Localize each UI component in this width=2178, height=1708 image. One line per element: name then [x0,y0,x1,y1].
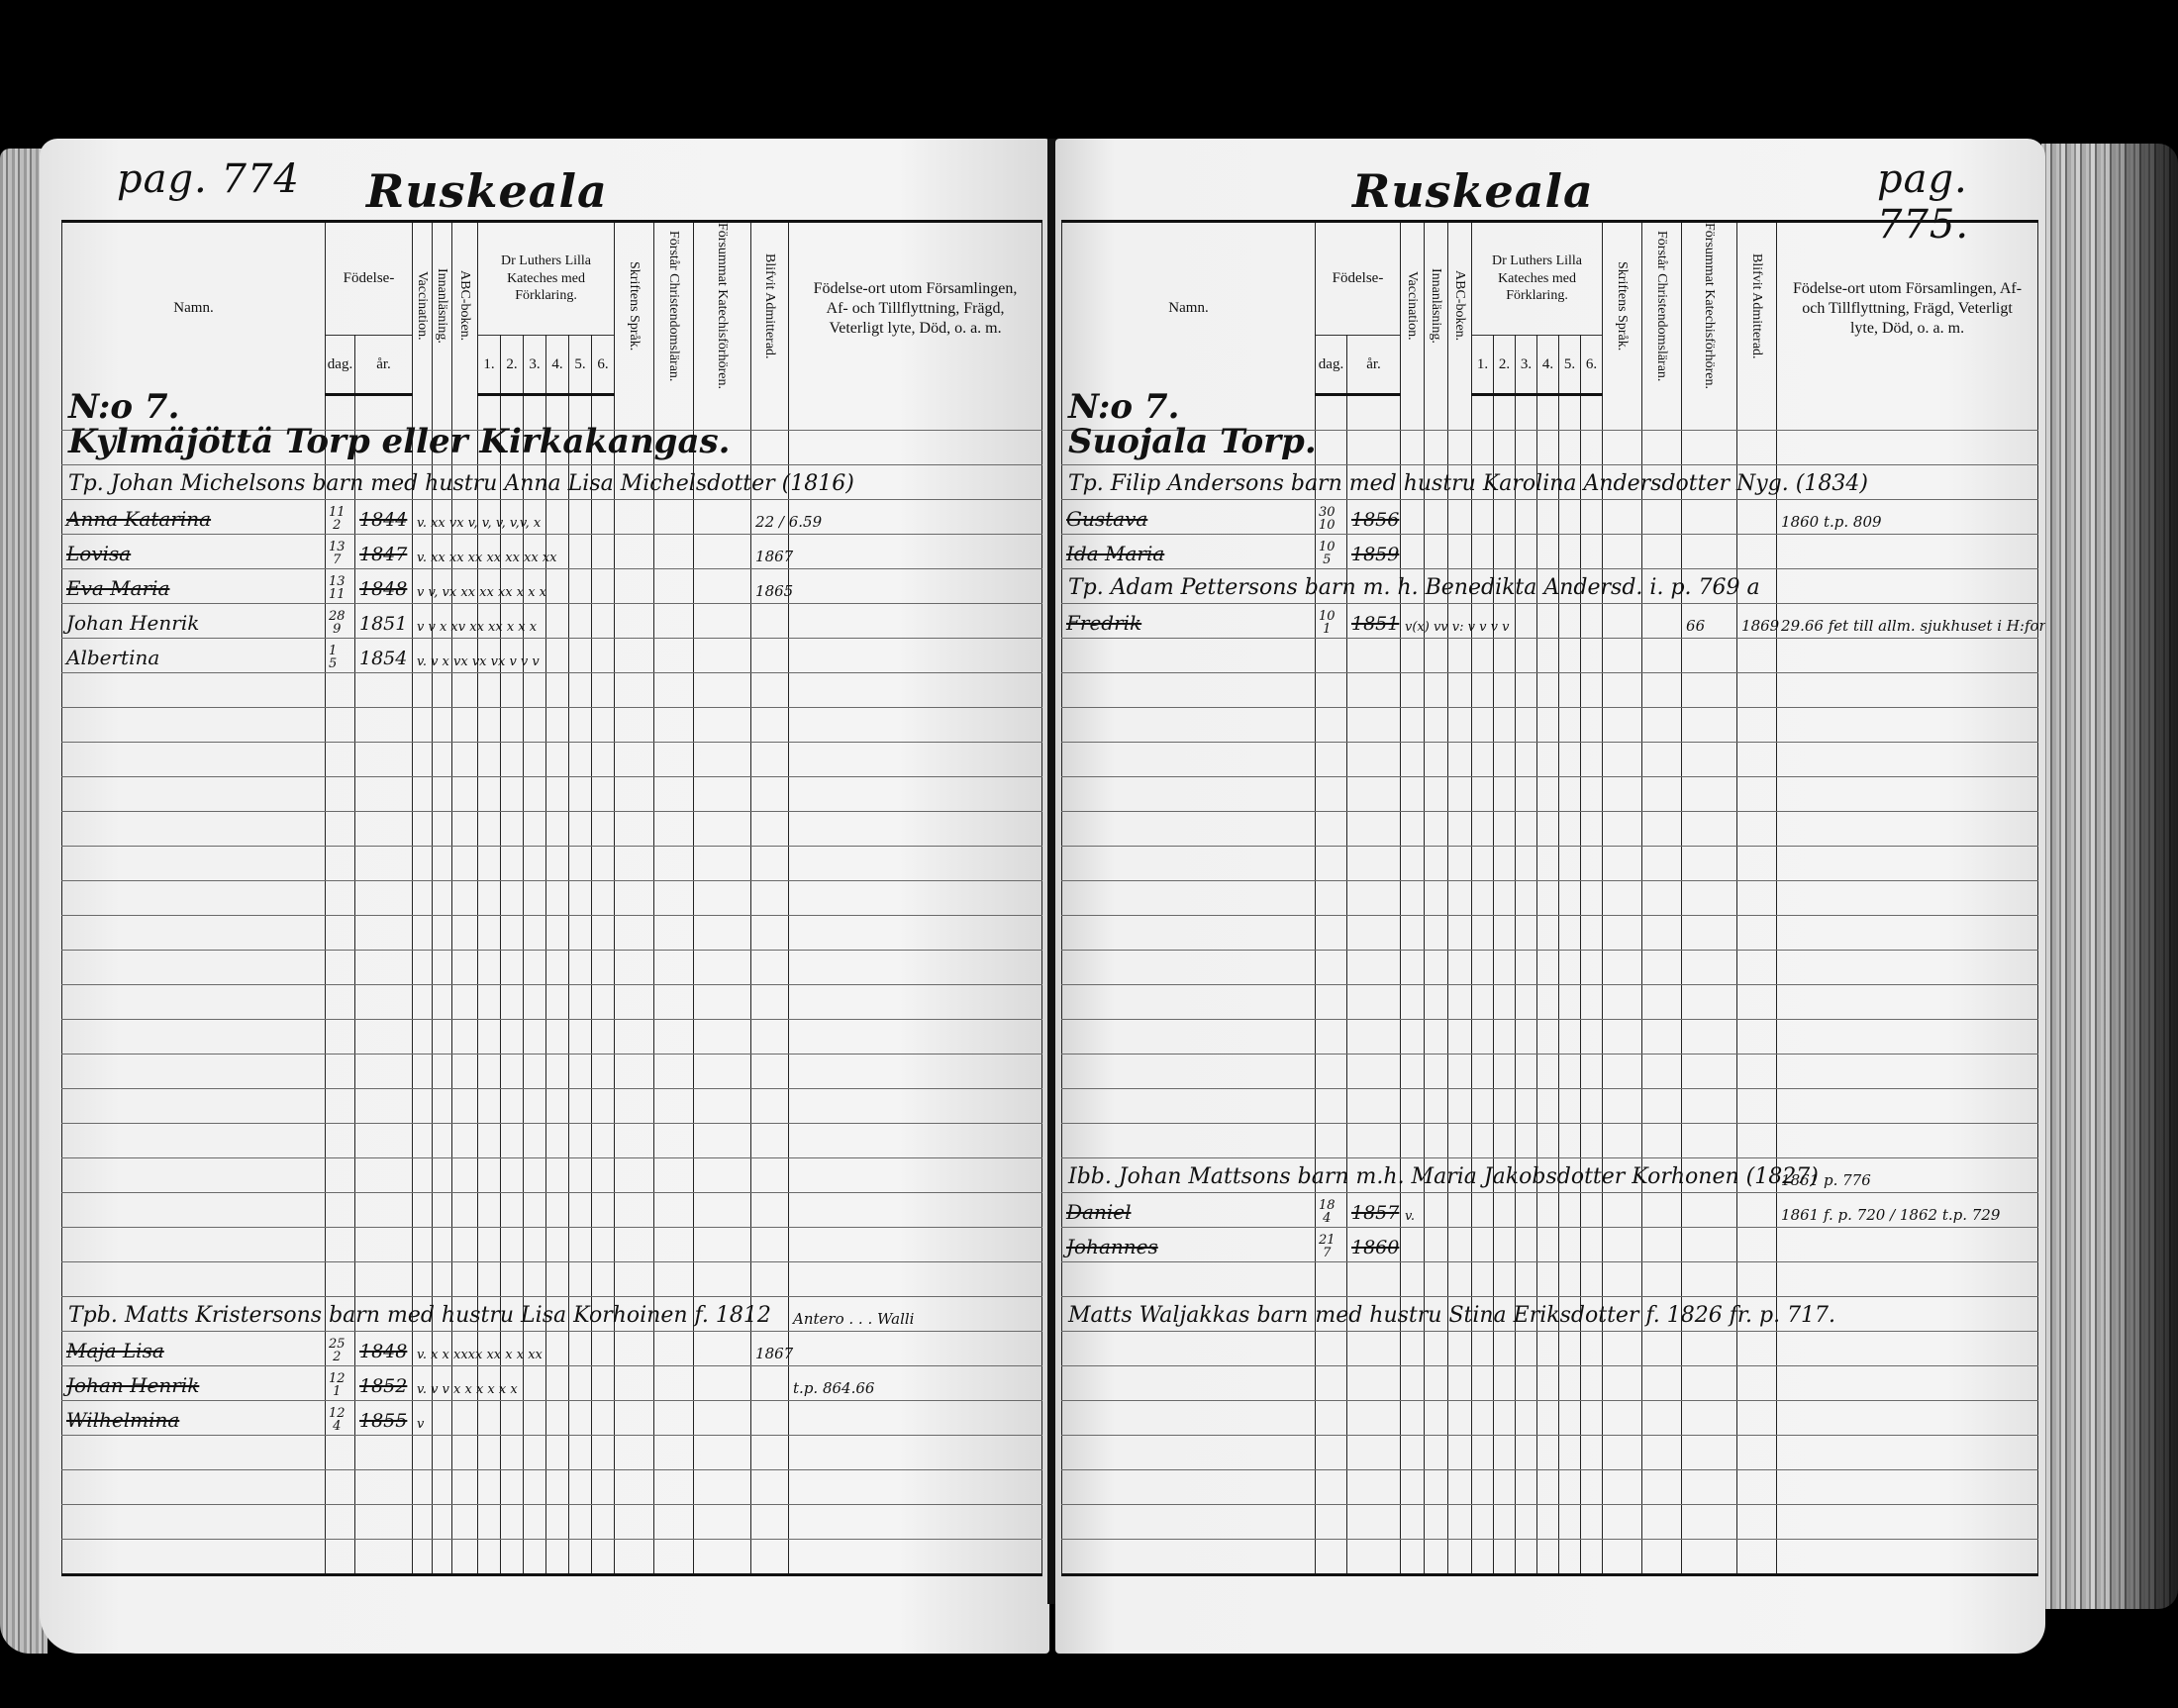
birth-day: 101 [1319,610,1336,636]
register-row [62,1262,1042,1297]
register-row: Johan Henrik1211852v. v v x x x x x xt.p… [62,1366,1042,1401]
parish-title: Ruskeala [366,164,608,218]
header-birth: Födelse- [1316,222,1401,336]
header-forsummat: Försummat Katechisförhören. [694,222,751,395]
register-row [1062,951,2038,985]
header-birth: Födelse- [326,222,413,336]
header-forstar: Förstår Christendomsläran. [1642,222,1682,395]
examination-marks: v v x xv xx xx x x x [417,620,537,635]
birth-day: 112 [329,506,346,532]
birth-day: 137 [329,541,346,566]
register-row: Albertina151854v. v x vx vx vx v v v [62,639,1042,673]
register-row [1062,1401,2038,1436]
register-row: Kylmäjöttä Torp eller Kirkakangas. [62,431,1042,465]
register-row [62,1193,1042,1228]
register-row [1062,777,2038,812]
register-row [1062,673,2038,708]
remark: Antero . . . Walli [793,1310,914,1328]
header-birth-day: dag. [1316,335,1347,395]
header-forstar: Förstår Christendomsläran. [654,222,694,395]
header-vaccination: Vaccination. [413,222,433,395]
examination-marks: v [417,1417,424,1432]
household-heading: N:o 7. [68,387,179,427]
header-vaccination: Vaccination. [1401,222,1425,395]
header-cat-1: 1. [478,335,501,395]
family-line: Tp. Johan Michelsons barn med hustru Ann… [68,471,854,496]
register-row: Johannes2171860 [1062,1228,2038,1262]
person-name: Anna Katarina [66,507,211,531]
parish-title: Ruskeala [1352,164,1594,218]
register-row [1062,1055,2038,1089]
birth-year: 1848 [359,1341,407,1362]
register-body-right: N:o 7.Suojala Torp.Tp. Filip Andersons b… [1062,395,2038,1575]
header-birth-year: år. [355,335,413,395]
remark: 29.66 fet till allm. sjukhuset i H:fors. [1781,617,2045,635]
register-row: Gustava301018561860 t.p. 809 [1062,500,2038,535]
forsummat-value: 66 [1686,617,1705,635]
remark: t.p. 864.66 [793,1379,874,1397]
register-row [62,777,1042,812]
header-cat-2: 2. [1494,335,1516,395]
register-row [1062,743,2038,777]
register-row [62,1470,1042,1505]
register-row [62,985,1042,1020]
household-heading: Kylmäjöttä Torp eller Kirkakangas. [68,422,730,461]
register-table-right: Namn. Födelse- Vaccination. Innanläsning… [1061,220,2038,1576]
register-row [1062,708,2038,743]
person-name: Wilhelmina [66,1408,179,1432]
admitted-year: 1865 [755,582,793,600]
birth-day: 184 [1319,1199,1336,1225]
birth-year: 1859 [1351,544,1399,565]
register-row: Tp. Filip Andersons barn med hustru Karo… [1062,465,2038,500]
header-cat-4: 4. [546,335,569,395]
register-row [1062,1470,2038,1505]
register-row [62,1158,1042,1193]
header-abc: ABC-boken. [1448,222,1472,395]
family-line: Tp. Adam Pettersons barn m. h. Benedikta… [1068,575,1760,600]
person-name: Daniel [1066,1200,1131,1224]
birth-year: 1856 [1351,509,1399,531]
register-row [1062,1332,2038,1366]
register-row: Ida Maria1051859 [1062,535,2038,569]
register-row: Suojala Torp. [1062,431,2038,465]
register-row [1062,881,2038,916]
register-row [62,708,1042,743]
birth-day: 1311 [329,575,346,601]
birth-year: 1855 [359,1410,407,1432]
examination-marks: v v, vx xx xx xx x x x [417,585,546,600]
birth-day: 217 [1319,1234,1336,1259]
household-heading: N:o 7. [1068,387,1179,427]
examination-marks: v. x x xxxx xx x x xx [417,1348,543,1362]
admitted-year: 1867 [755,1345,793,1362]
person-name: Fredrik [1066,611,1141,635]
register-row [1062,1124,2038,1158]
header-cat-3: 3. [1516,335,1537,395]
left-page: pag. 774 Ruskeala Namn. Födelse- Vaccina… [40,139,1049,1654]
remark: 1861 f. p. 720 / 1862 t.p. 729 [1781,1206,2000,1224]
header-cat-6: 6. [1581,335,1603,395]
birth-year: 1857 [1351,1202,1399,1224]
birth-day: 121 [329,1372,346,1398]
birth-year: 1851 [359,613,407,635]
examination-marks: v. v v x x x x x x [417,1382,518,1397]
header-admitterad: Blifvit Admitterad. [751,222,789,395]
header-remarks: Födelse-ort utom Församlingen, Af- och T… [1777,222,2038,395]
family-line: Tp. Filip Andersons barn med hustru Karo… [1068,471,1868,496]
register-row [62,1436,1042,1470]
header-cat-5: 5. [1559,335,1581,395]
register-row [1062,985,2038,1020]
birth-year: 1854 [359,648,407,669]
person-name: Johan Henrik [66,611,199,635]
header-birth-year: år. [1347,335,1401,395]
register-row [62,916,1042,951]
person-name: Maja Lisa [66,1339,164,1362]
person-name: Eva Maria [66,576,169,600]
page-number: pag. 774 [117,156,300,202]
birth-year: 1860 [1351,1237,1399,1258]
register-row: Lovisa1371847v. xx xx xx xx xx xx xx1867 [62,535,1042,569]
register-row: Johan Henrik2891851v v x xv xx xx x x x [62,604,1042,639]
register-row [62,951,1042,985]
header-skriftens: Skriftens Språk. [1603,222,1642,395]
register-row [1062,1366,2038,1401]
header-catechism: Dr Luthers Lilla Katеches med Förklaring… [1472,222,1603,336]
birth-day: 15 [329,645,337,670]
header-abc: ABC-boken. [452,222,478,395]
register-row [1062,847,2038,881]
register-row [1062,639,2038,673]
birth-day: 289 [329,610,346,636]
birth-day: 3010 [1319,506,1336,532]
register-row: Tpb. Matts Kristersons barn med hustru L… [62,1297,1042,1332]
examination-marks: v. xx vx v, v, v, v,v, x [417,516,541,531]
birth-day: 105 [1319,541,1336,566]
register-row: Ibb. Johan Mattsons barn m.h. Maria Jako… [1062,1158,2038,1193]
register-row: Matts Waljakkas barn med hustru Stina Er… [1062,1297,2038,1332]
register-row: Fredrik1011851v(x) vv v: v v v v66186929… [1062,604,2038,639]
header-innanlasning: Innanläsning. [1425,222,1448,395]
person-name: Albertina [66,646,159,669]
household-heading: Suojala Torp. [1068,422,1317,461]
register-row [62,847,1042,881]
register-row [62,1089,1042,1124]
person-name: Johannes [1066,1235,1158,1258]
header-cat-4: 4. [1537,335,1559,395]
birth-year: 1852 [359,1375,407,1397]
register-row [1062,1020,2038,1055]
register-row [62,743,1042,777]
register-row [1062,1505,2038,1540]
header-skriftens: Skriftens Språk. [615,222,654,395]
register-row [1062,1436,2038,1470]
person-name: Lovisa [66,542,131,565]
register-table-left: Namn. Födelse- Vaccination. Innanläsning… [61,220,1042,1576]
register-row: Wilhelmina1241855v [62,1401,1042,1436]
header-name: Namn. [62,222,326,395]
register-row: Tp. Johan Michelsons barn med hustru Ann… [62,465,1042,500]
header-admitterad: Blifvit Admitterad. [1737,222,1777,395]
person-name: Johan Henrik [66,1373,199,1397]
birth-year: 1844 [359,509,407,531]
book-edge-right [2041,144,2178,1609]
register-row [62,812,1042,847]
register-row [62,1020,1042,1055]
register-row [1062,1540,2038,1575]
right-page: Ruskeala pag. 775. Namn. Födelse- Vaccin… [1055,139,2045,1654]
family-line: Matts Waljakkas barn med hustru Stina Er… [1068,1303,1835,1328]
header-cat-2: 2. [501,335,524,395]
register-row [62,1228,1042,1262]
family-line: Ibb. Johan Mattsons barn m.h. Maria Jako… [1068,1164,1819,1189]
header-innanlasning: Innanläsning. [433,222,452,395]
person-name: Gustava [1066,507,1147,531]
header-cat-1: 1. [1472,335,1494,395]
birth-year: 1851 [1351,613,1399,635]
family-line: Tpb. Matts Kristersons barn med hustru L… [68,1303,771,1328]
register-row [62,1124,1042,1158]
register-body-left: N:o 7.Kylmäjöttä Torp eller Kirkakangas.… [62,395,1042,1575]
examination-marks: v. [1405,1209,1415,1224]
header-cat-3: 3. [524,335,546,395]
register-row: Anna Katarina1121844v. xx vx v, v, v, v,… [62,500,1042,535]
register-row [62,1055,1042,1089]
header-name: Namn. [1062,222,1316,395]
register-row [62,1505,1042,1540]
register-row [62,673,1042,708]
header-cat-5: 5. [569,335,592,395]
admitted-year: 1867 [755,548,793,565]
header-cat-6: 6. [592,335,615,395]
birth-year: 1847 [359,544,407,565]
examination-marks: v(x) vv v: v v v v [1405,620,1509,635]
register-row: Eva Maria13111848v v, vx xx xx xx x x x1… [62,569,1042,604]
register-row [1062,1089,2038,1124]
register-row [1062,812,2038,847]
register-row [1062,1262,2038,1297]
header-remarks: Födelse-ort utom Församlingen, Af- och T… [789,222,1042,395]
birth-year: 1848 [359,578,407,600]
register-row: Maja Lisa2521848v. x x xxxx xx x x xx186… [62,1332,1042,1366]
examination-marks: v. xx xx xx xx xx xx xx [417,551,557,565]
birth-day: 252 [329,1338,346,1363]
examination-marks: v. v x vx vx vx v v v [417,654,540,669]
register-row: Daniel1841857v.1861 f. p. 720 / 1862 t.p… [1062,1193,2038,1228]
admitted-year: 1869 [1741,617,1779,635]
register-row [62,1540,1042,1575]
register-row [62,881,1042,916]
header-forsummat: Försummat Katechisförhören. [1682,222,1737,395]
remark: 1860 t.p. 809 [1781,513,1882,531]
birth-day: 124 [329,1407,346,1433]
header-birth-day: dag. [326,335,355,395]
register-row [1062,916,2038,951]
register-row: Tp. Adam Pettersons barn m. h. Benedikta… [1062,569,2038,604]
person-name: Ida Maria [1066,542,1164,565]
header-catechism: Dr Luthers Lilla Katеches med Förklaring… [478,222,615,336]
